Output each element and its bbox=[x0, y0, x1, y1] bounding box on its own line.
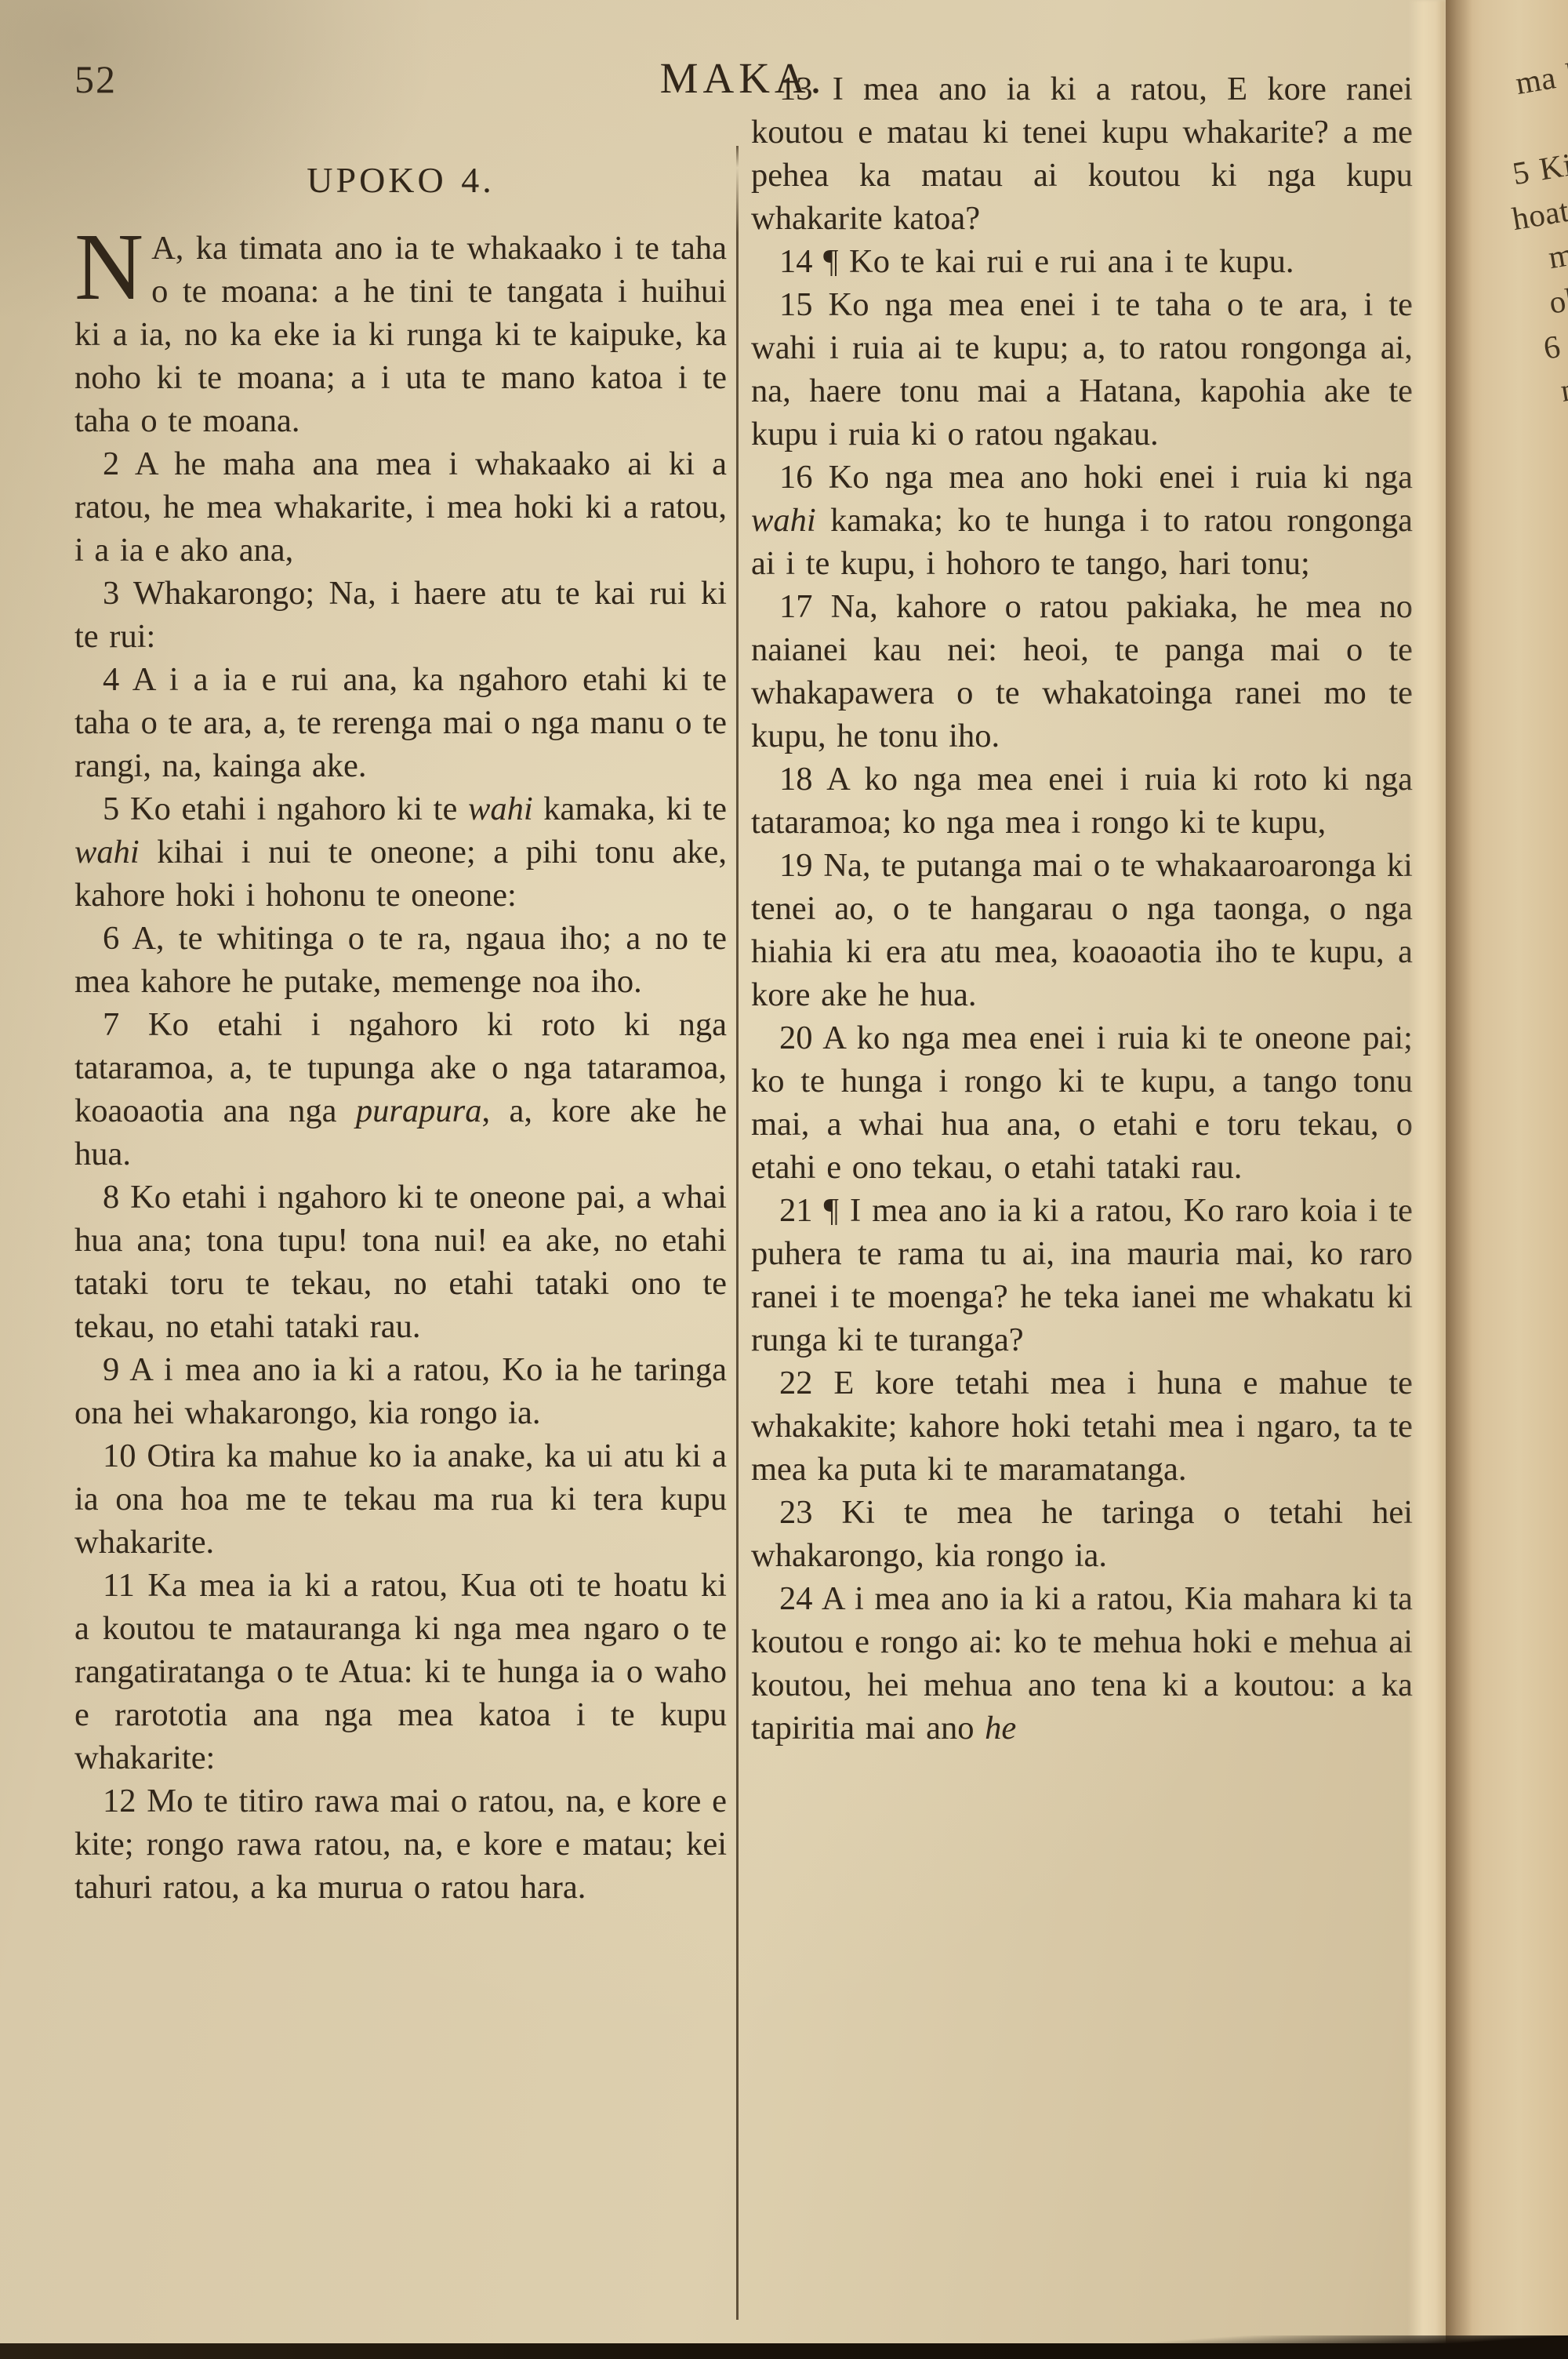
verse: 10 Otira ka mahue ko ia anake, ka ui atu… bbox=[74, 1434, 727, 1564]
drop-cap: N bbox=[74, 227, 151, 310]
verse: 3 Whakarongo; Na, i haere atu te kai rui… bbox=[74, 572, 727, 658]
verse: 11 Ka mea ia ki a ratou, Kua oti te hoat… bbox=[74, 1564, 727, 1779]
facing-page-edge: ma koutoungo.5 Ki te whahoatu ano kimea … bbox=[1446, 0, 1568, 2359]
verse: 16 Ko nga mea ano hoki enei i ruia ki ng… bbox=[751, 456, 1413, 585]
verse: 19 Na, te putanga mai o te whakaaroarong… bbox=[751, 844, 1413, 1016]
verse: 17 Na, kahore o ratou pakiaka, he mea no… bbox=[751, 585, 1413, 758]
verse: 2 A he maha ana mea i whakaako ai ki a r… bbox=[74, 442, 727, 572]
verse: NA, ka timata ano ia te whakaako i te ta… bbox=[74, 227, 727, 442]
left-column-verses: NA, ka timata ano ia te whakaako i te ta… bbox=[74, 227, 727, 1909]
chapter-heading: UPOKO 4. bbox=[74, 158, 727, 202]
verse: 24 A i mea ano ia ki a ratou, Kia mahara… bbox=[751, 1577, 1413, 1750]
scanned-book-page: 52 MAKA. UPOKO 4. NA, ka timata ano ia t… bbox=[0, 0, 1568, 2359]
verse: 21 ¶ I mea ano ia ki a ratou, Ko raro ko… bbox=[751, 1189, 1413, 1361]
verse: 18 A ko nga mea enei i ruia ki roto ki n… bbox=[751, 758, 1413, 844]
verse: 15 Ko nga mea enei i te taha o te ara, i… bbox=[751, 283, 1413, 456]
verse: 22 E kore tetahi mea i huna e mahue te w… bbox=[751, 1361, 1413, 1491]
page-fore-edge bbox=[1408, 0, 1446, 2359]
right-column-verses: 13 I mea ano ia ki a ratou, E kore ranei… bbox=[751, 67, 1413, 1750]
book-binding-shadow bbox=[0, 2343, 1568, 2359]
verse: 23 Ki te mea he taringa o tetahi hei wha… bbox=[751, 1491, 1413, 1577]
right-column: 13 I mea ano ia ki a ratou, E kore ranei… bbox=[751, 67, 1413, 1750]
verse: 7 Ko etahi i ngahoro ki roto ki nga tata… bbox=[74, 1003, 727, 1176]
verse: 12 Mo te titiro rawa mai o ratou, na, e … bbox=[74, 1779, 727, 1909]
column-divider-rule bbox=[736, 146, 739, 2320]
verse: 8 Ko etahi i ngahoro ki te oneone pai, a… bbox=[74, 1176, 727, 1348]
verse: 20 A ko nga mea enei i ruia ki te oneone… bbox=[751, 1016, 1413, 1189]
verse: 5 Ko etahi i ngahoro ki te wahi kamaka, … bbox=[74, 787, 727, 917]
verse: 9 A i mea ano ia ki a ratou, Ko ia he ta… bbox=[74, 1348, 727, 1434]
verse: 14 ¶ Ko te kai rui e rui ana i te kupu. bbox=[751, 240, 1413, 283]
verse: 4 A i a ia e rui ana, ka ngahoro etahi k… bbox=[74, 658, 727, 787]
verse: 6 A, te whitinga o te ra, ngaua iho; a n… bbox=[74, 917, 727, 1003]
verse: 13 I mea ano ia ki a ratou, E kore ranei… bbox=[751, 67, 1413, 240]
left-column: UPOKO 4. NA, ka timata ano ia te whakaak… bbox=[74, 154, 727, 1909]
facing-page-text: ma koutoungo.5 Ki te whahoatu ano kimea … bbox=[1446, 38, 1568, 2359]
